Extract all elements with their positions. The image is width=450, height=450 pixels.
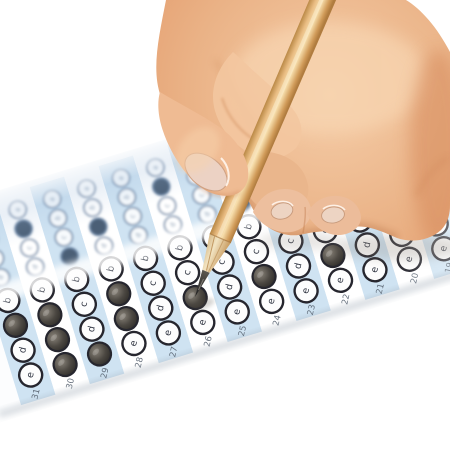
answer-sheet-photo: aaaaaaaaaaaaaabbbbbbbbbbbbccccccccccccdd…: [0, 0, 450, 450]
